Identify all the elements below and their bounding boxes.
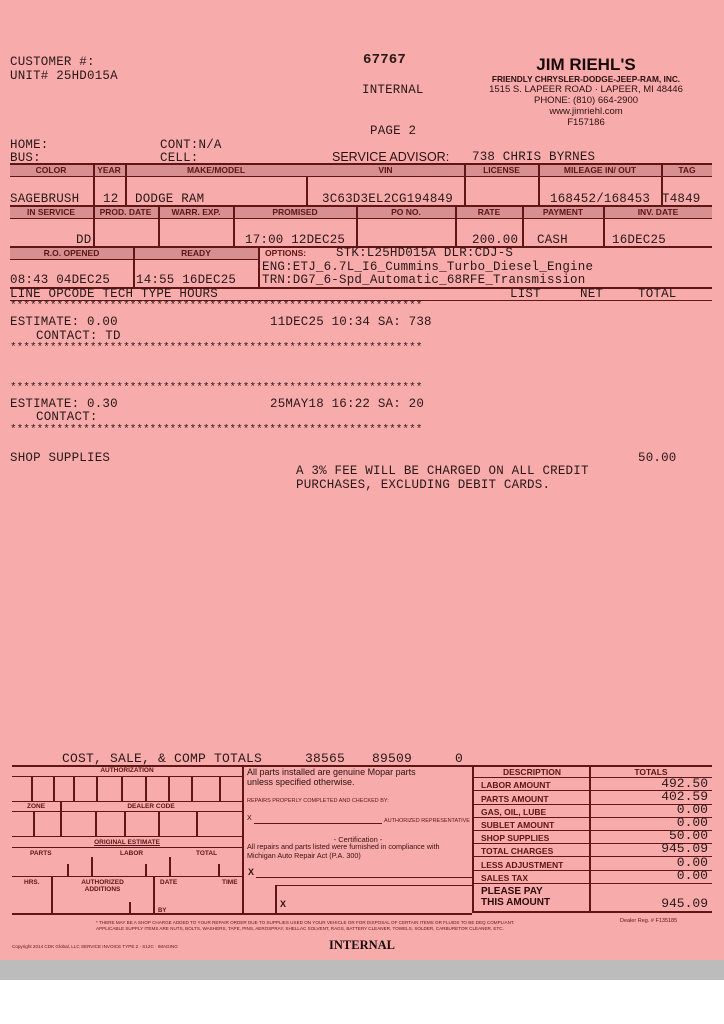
divider [191,776,193,801]
certification-line2: Michigan Auto Repair Act (P.A. 300) [247,852,440,861]
totals-row-label: SHOP SUPPLIES [481,833,549,843]
signature-x-2: X [248,867,254,877]
col-promised: PROMISED [234,207,356,217]
col-payment: PAYMENT [523,207,603,217]
net-column-header: NET [580,287,603,301]
divider [96,776,98,801]
star-separator: ****************************************… [10,382,422,394]
divider [474,911,712,913]
divider [73,776,75,801]
star-separator: ****************************************… [10,300,422,312]
divider [125,165,127,206]
zone-label: ZONE [12,803,60,810]
dealer-phone: PHONE: (810) 664-2900 [476,95,696,106]
dealer-block: JIM RIEHL'S FRIENDLY CHRYSLER-DODGE-JEEP… [476,55,696,128]
comp-total: 0 [455,751,463,766]
divider [196,811,198,836]
divider [464,165,466,206]
payment-value: CASH [537,233,568,247]
estimate-1-contact: CONTACT: TD [36,329,121,343]
divider [275,885,277,913]
credit-fee-notice-line2: PURCHASES, EXCLUDING DEBIT CARDS. [296,478,550,492]
estimate-1-value: ESTIMATE: 0.00 [10,315,118,329]
representative-signature-line[interactable] [254,823,382,824]
col-license: LICENSE [465,165,538,175]
star-separator: ****************************************… [10,342,422,354]
totals-row-label: TOTAL CHARGES [481,846,553,856]
divider [10,176,712,177]
line-columns-header: LINE OPCODE TECH TYPE HOURS [10,287,218,301]
ro-number: 67767 [363,52,406,68]
divider [145,776,147,801]
col-options: OPTIONS: [265,248,306,258]
contact-label: CONT:N/A [160,138,222,152]
dealer-code-label: DEALER CODE [60,803,242,810]
mopar-notice-line2: unless specified otherwise. [247,777,416,787]
dealer-address: 1515 S. LAPEER ROAD · LAPEER, MI 48446 [476,84,696,95]
divider [218,864,220,876]
in-service-value: DD [76,233,91,247]
totals-row-label: LESS ADJUSTMENT [481,860,563,870]
authorized-rep-label: AUTHORIZED REPRESENTATIVE [384,818,470,824]
labor-label: LABOR [120,850,143,857]
totals-row-label: PARTS AMOUNT [481,794,549,804]
vehicle-color: SAGEBRUSH [10,192,79,206]
vehicle-year: 12 [103,192,118,206]
authorized-additions-label: AUTHORIZED ADDITIONS [70,879,135,893]
options-engine: ENG:ETJ_6.7L_I6_Cummins_Turbo_Diesel_Eng… [262,260,593,274]
promised-value: 17:00 12DEC25 [245,233,345,247]
col-warr-exp: WARR. EXP. [159,207,233,217]
invoice-page: CUSTOMER #: UNIT# 25HD015A 67767 INTERNA… [0,0,724,960]
authorization-label: AUTHORIZATION [12,767,242,774]
divider [12,876,242,877]
estimate-2-value: ESTIMATE: 0.30 [10,397,118,411]
divider [91,857,93,876]
col-rate: RATE [456,207,522,217]
divider [67,864,69,876]
divider [158,207,160,247]
divider [258,248,260,288]
sale-total: 89509 [372,751,412,766]
col-tag: TAG [662,165,712,175]
service-advisor-value: 738 CHRIS BYRNES [472,150,595,164]
divider [275,885,472,886]
divider [603,207,605,247]
divider [121,776,123,801]
divider [93,165,95,206]
col-vin: VIN [307,165,464,175]
mopar-notice: All parts installed are genuine Mopar pa… [247,767,416,787]
divider [168,776,170,801]
service-advisor-label: SERVICE ADVISOR: [332,150,449,164]
col-year: YEAR [93,165,125,175]
col-make-model: MAKE/MODEL [126,165,306,175]
divider [31,776,33,801]
page-number: PAGE 2 [370,124,416,138]
vehicle-make-model: DODGE RAM [135,192,204,206]
divider [95,811,97,836]
ro-opened-value: 08:43 04DEC25 [10,273,110,287]
description-header: DESCRIPTION [476,767,588,777]
divider [12,801,242,802]
divider [522,207,524,247]
divider [219,776,221,801]
totals-row-label: LABOR AMOUNT [481,780,551,790]
divider [306,176,308,206]
col-ro-opened: R.O. OPENED [10,248,133,258]
divider [53,776,55,801]
divider [153,876,155,914]
divider [474,883,712,884]
repairs-checked-label: REPAIRS PROPERLY COMPLETED AND CHECKED B… [247,798,389,804]
credit-fee-notice-line1: A 3% FEE WILL BE CHARGED ON ALL CREDIT [296,464,589,478]
please-pay-line1: PLEASE PAY [481,886,550,897]
inv-date-value: 16DEC25 [612,233,666,247]
col-prod-date: PROD. DATE [93,207,158,217]
vehicle-mileage: 168452/168453 [550,192,650,206]
estimate-2-contact: CONTACT: [36,410,98,424]
list-column-header: LIST [510,287,541,301]
divider [472,765,474,913]
totals-row-label: SALES TAX [481,873,528,883]
rate-value: 200.00 [472,233,518,247]
cost-sale-comp-label: COST, SALE, & COMP TOTALS [62,751,262,766]
divider [51,876,53,914]
divider [12,776,242,777]
estimate-1-stamp: 11DEC25 10:34 SA: 738 [270,315,432,329]
customer-signature-line[interactable] [256,877,472,878]
dealer-name: JIM RIEHL'S [476,55,696,74]
vehicle-vin: 3C63D3EL2CG194849 [322,192,453,206]
totals-row-label: SUBLET AMOUNT [481,820,554,830]
please-pay-line2: THIS AMOUNT [481,897,550,908]
divider [33,811,35,836]
col-mileage: MILEAGE IN/ OUT [539,165,661,175]
dealer-subtitle: FRIENDLY CHRYSLER-DODGE-JEEP-RAM, INC. [476,74,696,84]
col-color: COLOR [10,165,92,175]
time-label: TIME [222,879,238,886]
copyright-notice: Copyright 2014 CDK Global, LLC SERVICE I… [12,944,178,949]
estimate-2-stamp: 25MAY18 16:22 SA: 20 [270,397,424,411]
ready-value: 14:55 16DEC25 [136,273,236,287]
cost-total: 38565 [305,751,345,766]
col-inv-date: INV. DATE [604,207,712,217]
home-phone-label: HOME: [10,138,49,152]
divider [93,207,95,247]
divider [661,165,663,206]
page-shadow [0,960,724,980]
divider [538,165,540,206]
dealer-reg-number: Dealer Reg. # F135185 [620,918,677,924]
date-label: DATE [160,879,177,886]
disclaimer-line2: APPLICABLE SUPPLY ITEMS ARE NUTS, BOLTS,… [96,926,514,932]
divider [169,857,171,876]
dealer-website: www.jimriehl.com [476,106,696,117]
star-separator: ****************************************… [10,424,422,436]
divider [60,801,62,836]
divider [242,765,244,913]
total-column-header: TOTAL [638,287,677,301]
divider [12,913,472,915]
please-pay-value: 945.09 [590,896,708,911]
divider [455,207,457,247]
signature-x-3: X [280,899,286,909]
divider [12,811,242,812]
divider [356,207,358,247]
divider [124,811,126,836]
shop-supplies-label: SHOP SUPPLIES [10,451,110,465]
unit-number: UNIT# 25HD015A [10,69,118,83]
divider [233,207,235,247]
please-pay-label: PLEASE PAY THIS AMOUNT [481,886,550,908]
original-estimate-label: ORIGINAL ESTIMATE [12,839,242,846]
col-po-no: PO NO. [357,207,455,217]
vehicle-tag: T4849 [662,192,701,206]
hrs-label: HRS. [24,879,40,886]
divider [12,836,242,837]
customer-number-label: CUSTOMER #: [10,55,95,69]
divider [158,811,160,836]
totals-row-value: 0.00 [590,868,708,883]
mopar-notice-line1: All parts installed are genuine Mopar pa… [247,767,416,777]
divider [133,248,135,288]
col-in-service: IN SERVICE [10,207,92,217]
options-stock: STK:L25HD015A DLR:CDJ-S [336,246,513,260]
totals-row-value: 945.09 [590,841,708,856]
options-transmission: TRN:DG7_6-Spd_Automatic_68RFE_Transmissi… [262,273,585,287]
footer-invoice-type: INTERNAL [329,938,395,953]
signature-x-1: X [247,815,252,822]
total-label: TOTAL [196,850,217,857]
divider [12,847,242,848]
divider [145,864,147,876]
invoice-type: INTERNAL [362,83,424,97]
shop-supplies-amount: 50.00 [638,451,677,465]
shop-charge-disclaimer: * THERE MAY BE A SHOP CHARGE ADDED TO YO… [96,920,514,932]
totals-row-label: GAS, OIL, LUBE [481,807,546,817]
col-ready: READY [134,248,258,258]
certification-text: All repairs and parts listed were furnis… [247,843,440,860]
dealer-code: F157186 [476,117,696,128]
parts-label: PARTS [30,850,52,857]
divider [10,218,712,219]
